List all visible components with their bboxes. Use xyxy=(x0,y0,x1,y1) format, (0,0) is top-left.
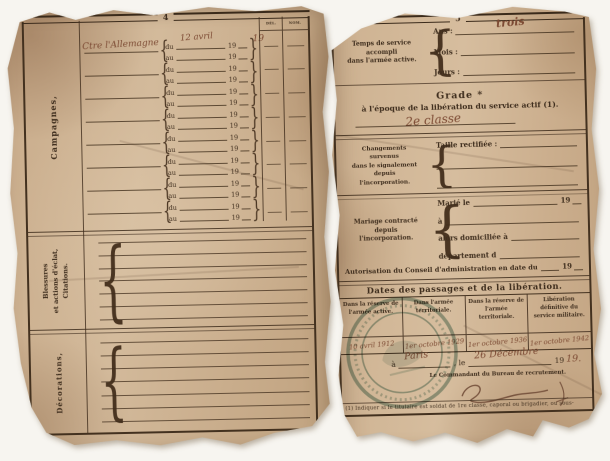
mois-label: Mois : xyxy=(434,47,458,57)
side-cell xyxy=(286,149,311,173)
rule xyxy=(334,79,584,86)
blank-line xyxy=(180,201,229,211)
year-dash xyxy=(241,201,250,209)
campagnes-section-label: Campagnes, xyxy=(48,95,59,160)
ruled-line xyxy=(100,338,308,343)
year-label: 19 xyxy=(231,214,239,222)
year-dash xyxy=(240,120,249,128)
year-dash xyxy=(241,189,250,197)
ruled-line xyxy=(100,315,308,320)
issued-year-handwriting: 19. xyxy=(566,353,581,364)
table-column: Libération définitive du service militai… xyxy=(527,293,591,350)
marie-le-label: Marié le xyxy=(437,198,470,208)
side-cell xyxy=(261,78,284,102)
decorations-section-label: Décorations, xyxy=(54,352,64,414)
ruled-line xyxy=(101,364,309,369)
campagne-entry-handwriting: Ctre l'Allemagne xyxy=(82,38,159,52)
changements-label: Changements survenus dans le signalement… xyxy=(342,144,427,188)
blank-line xyxy=(178,109,227,119)
year-dash xyxy=(239,74,248,82)
side-cell xyxy=(263,197,286,221)
left-page-frame: 4 Campagnes, Ctre l'Allemagne { xyxy=(22,16,319,436)
campagne-date-handwriting: 12 avril xyxy=(180,31,214,43)
mariage-label-line3: l'incorporation. xyxy=(344,234,428,245)
table-value-handwriting: 1er octobre 1942 xyxy=(530,334,590,348)
date-line: 26 Décembre xyxy=(468,356,551,367)
year-label: 19 xyxy=(230,122,238,130)
blank-line xyxy=(178,120,227,130)
table-header-cell: Dans la réserve de l'armée territoriale. xyxy=(465,295,528,335)
blank-line xyxy=(177,86,226,96)
campagne-name-line xyxy=(84,131,160,156)
brace-open-glyph: { xyxy=(163,200,168,223)
year-dash xyxy=(241,178,250,186)
year-label: 19 xyxy=(229,111,237,119)
campagne-row: { du19 au19 } xyxy=(85,198,257,225)
ans-label: Ans : xyxy=(433,26,453,35)
side-cell xyxy=(260,54,283,78)
side-cell xyxy=(284,78,309,102)
year-dash xyxy=(240,132,249,140)
side-cell xyxy=(285,125,310,149)
side-column-1-header-label: DÉL. xyxy=(266,21,276,26)
campagne-name-line xyxy=(83,62,159,87)
campagnes-section-label-box: Campagnes, xyxy=(24,21,83,234)
mariage-label: Mariage contracté depuis l'incorporation… xyxy=(344,216,429,245)
year-dash xyxy=(240,143,249,151)
year-dash xyxy=(572,196,581,204)
year-dash xyxy=(239,86,248,94)
campagne-name-line xyxy=(85,200,161,225)
year-dash xyxy=(242,212,251,220)
campagne-name-line xyxy=(84,154,160,179)
ruled-line xyxy=(99,277,307,282)
blessures-label-line3: Citations. xyxy=(61,249,72,314)
side-cell xyxy=(285,101,310,125)
decorations-lines xyxy=(100,338,310,422)
jours-label: Jours : xyxy=(434,67,460,77)
blank-line xyxy=(445,213,579,225)
blank-line xyxy=(461,44,575,56)
year-label: 19 xyxy=(230,157,238,165)
blessures-section-label-box: Blessures et actions d'éclat, Citations. xyxy=(28,234,85,329)
side-cell xyxy=(263,173,286,197)
year-label: 19 xyxy=(231,180,239,188)
scanned-military-booklet: 4 Campagnes, Ctre l'Allemagne { xyxy=(0,0,610,461)
year-dash xyxy=(241,155,250,163)
side-cell xyxy=(262,126,285,150)
mariage-block: Mariage contracté depuis l'incorporation… xyxy=(343,195,582,263)
blank-line xyxy=(511,231,580,242)
autorisation-row: Autorisation du Conseil d'administration… xyxy=(345,261,583,276)
year-dash xyxy=(239,97,248,105)
year-label: 19 xyxy=(228,42,236,50)
side-column-2: NOM. xyxy=(282,16,312,220)
ruled-line xyxy=(99,289,307,294)
temps-service-block: Temps de service accompli dans l'armée a… xyxy=(339,23,578,79)
campagne-name-line xyxy=(85,177,161,202)
campagnes-rows: Ctre l'Allemagne { du12 avril1919 au19 }… xyxy=(82,37,258,225)
blank-line xyxy=(177,74,226,84)
blank-line xyxy=(463,64,575,76)
blank-line xyxy=(437,176,578,188)
campagne-name-line: Ctre l'Allemagne xyxy=(82,39,158,64)
issued-year-label: 19 xyxy=(554,356,564,365)
year-label: 19 xyxy=(228,65,236,73)
year-dash xyxy=(239,63,248,71)
temps-label-line3: dans l'armée active. xyxy=(340,57,424,68)
blank-line xyxy=(179,178,228,188)
year-label: 19 xyxy=(229,88,237,96)
year-label: 19 xyxy=(230,134,238,142)
ruled-line xyxy=(101,351,309,356)
side-cell xyxy=(287,196,312,220)
year-dash xyxy=(238,51,247,59)
departement-label: département d xyxy=(439,250,497,260)
side-column-1-header: DÉL. xyxy=(260,17,283,31)
blank-line xyxy=(500,137,577,148)
blessures-lines xyxy=(98,238,308,320)
side-cell xyxy=(283,30,308,54)
ans-value-handwriting: trois xyxy=(495,15,525,31)
year-dash: 19 xyxy=(238,40,247,48)
domiciliee-label: alors domiciliée à xyxy=(438,232,508,243)
ruled-line xyxy=(98,238,306,243)
side-cell xyxy=(261,102,284,126)
side-cell xyxy=(262,149,285,173)
brace-close-glyph: } xyxy=(252,198,257,221)
blank-line: trois xyxy=(456,23,575,35)
year-label: 19 xyxy=(230,145,238,153)
year-dash xyxy=(574,262,583,270)
year-dash xyxy=(241,166,250,174)
blank-line xyxy=(179,155,228,165)
changements-label-line5: l'incorporation. xyxy=(343,178,427,188)
year-label: 19 xyxy=(560,195,570,204)
year-label: 19 xyxy=(229,99,237,107)
autorisation-label: Autorisation du Conseil d'administration… xyxy=(345,263,538,276)
table-header-cell: Libération définitive du service militai… xyxy=(528,293,591,333)
year-label: 19 xyxy=(231,203,239,211)
ruled-line xyxy=(102,417,310,422)
blank-line xyxy=(473,196,558,207)
side-column-2-header-label: NOM. xyxy=(289,20,301,25)
year-label: 19 xyxy=(230,168,238,176)
side-cell xyxy=(260,31,283,55)
blessures-label-line2: et actions d'éclat, xyxy=(51,249,62,314)
left-page-number: 4 xyxy=(158,14,174,20)
blank-line xyxy=(177,97,226,107)
ruled-line xyxy=(102,404,310,409)
blank-line xyxy=(178,143,227,153)
blank-line xyxy=(176,51,225,61)
right-page: 5 Temps de service accompli dans l'armée… xyxy=(327,0,610,457)
blank-line xyxy=(180,212,229,222)
ruled-line xyxy=(102,391,310,396)
blank-line xyxy=(541,262,560,271)
right-page-paper: 5 Temps de service accompli dans l'armée… xyxy=(327,0,610,457)
year-label: 19 xyxy=(562,261,572,270)
blank-line xyxy=(178,132,227,142)
year-label: 19 xyxy=(229,76,237,84)
temps-service-label: Temps de service accompli dans l'armée a… xyxy=(339,39,424,68)
blank-line xyxy=(436,157,577,169)
year-label: 19 xyxy=(231,191,239,199)
blank-line xyxy=(177,63,226,73)
table-column: Dans la réserve de l'armée territoriale.… xyxy=(464,295,528,352)
changements-block: Changements survenus dans le signalement… xyxy=(342,137,581,191)
ruled-line xyxy=(99,264,307,269)
year-label: 19 xyxy=(228,53,236,61)
side-cell xyxy=(284,54,309,78)
campagne-name-line xyxy=(84,108,160,133)
taille-label: Taille rectifiée : xyxy=(436,139,497,149)
side-cell xyxy=(286,173,311,197)
a-label: à xyxy=(438,216,443,225)
blank-line xyxy=(179,189,228,199)
left-page-paper: 4 Campagnes, Ctre l'Allemagne { xyxy=(3,2,337,453)
blessures-section-label: Blessures et actions d'éclat, Citations. xyxy=(41,249,72,314)
ruled-line xyxy=(99,251,307,256)
campagnes-side-columns: DÉL. NOM. xyxy=(259,16,312,221)
side-column-2-header: NOM. xyxy=(283,16,308,30)
decorations-section-label-box: Décorations, xyxy=(30,332,87,434)
side-column-1: DÉL. xyxy=(260,17,287,221)
blank-line xyxy=(179,166,228,176)
campagne-name-line xyxy=(83,85,159,110)
year-dash xyxy=(240,109,249,117)
left-page: 4 Campagnes, Ctre l'Allemagne { xyxy=(3,2,337,453)
blank-line xyxy=(499,248,580,259)
ruled-line xyxy=(101,378,309,383)
ruled-line xyxy=(100,302,308,307)
blank-line: 12 avril xyxy=(176,40,225,50)
